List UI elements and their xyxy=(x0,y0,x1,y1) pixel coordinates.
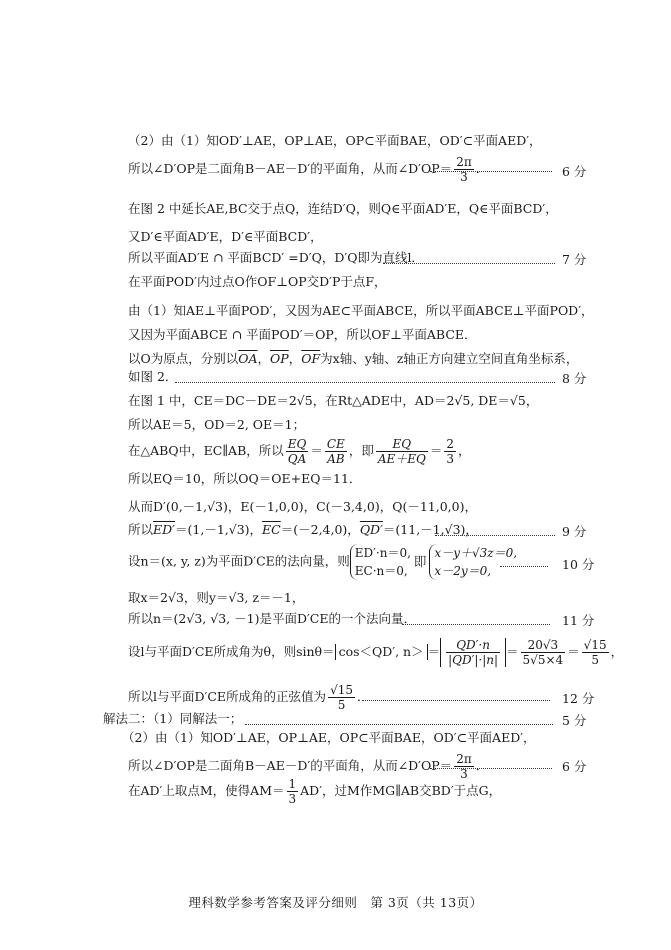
text: ， xyxy=(289,351,302,366)
numerator: 2 xyxy=(444,437,456,452)
text: ， xyxy=(258,351,271,366)
dot-leader xyxy=(245,723,553,725)
text-line-with-fractions: 在△ABQ中，EC∥AB，所以EQQA＝CEAB，即EQAE＋EQ＝23， xyxy=(128,437,471,466)
denominator: 5 xyxy=(582,653,609,667)
numerator: 2π xyxy=(454,155,474,170)
fraction: 23 xyxy=(444,437,456,466)
score-label: 12 分 xyxy=(562,689,594,707)
text: 为x轴、y轴、z轴正方向建立空间直角坐标系， xyxy=(320,351,578,366)
score-label: 7 分 xyxy=(562,250,586,268)
denominator: 3 xyxy=(444,452,456,466)
numerator: 20√3 xyxy=(521,638,566,653)
text-line-with-fraction: 在AD′上取点M，使得AM＝13AD′，过M作MG∥AB交BD′于点G， xyxy=(128,777,501,806)
score-label: 5 分 xyxy=(562,711,586,729)
fraction: √155 xyxy=(582,638,609,667)
text: 设n＝(x, y, z)为平面D′CE的法向量，则 xyxy=(128,554,350,569)
text: AD′，过M作MG∥AB交BD′于点G， xyxy=(300,783,501,798)
text: 设l与平面D′CE所成角为θ，则sinθ＝ xyxy=(128,644,335,659)
denominator: 5 xyxy=(328,698,355,712)
score-label: 9 分 xyxy=(562,522,586,540)
fraction: EQAE＋EQ xyxy=(376,437,428,466)
dot-leader xyxy=(435,534,555,536)
equals-sign: ＝ xyxy=(310,443,323,458)
vector-ED: ED′ xyxy=(153,522,175,537)
text-line: 所以n＝(2√3, √3, －1)是平面D′CE的一个法向量． xyxy=(128,611,416,627)
text-line: 取x＝2√3，则y＝√3, z＝－1， xyxy=(128,590,304,606)
vector-OP: OP xyxy=(270,351,289,366)
text: 在AD′上取点M，使得AM＝ xyxy=(128,783,285,798)
denominator: 3 xyxy=(287,792,299,806)
text-line-with-system: 设n＝(x, y, z)为平面D′CE的法向量，则ED′·n＝0,EC·n＝0,… xyxy=(128,544,517,580)
text-line: 又因为平面ABCE ∩ 平面POD′＝OP，所以OF⊥平面ABCE． xyxy=(128,327,477,343)
text-line: 由（1）知AE⊥平面POD′，又因为AE⊂平面ABCE，所以平面ABCE⊥平面P… xyxy=(128,303,594,319)
numerator: CE xyxy=(325,437,347,452)
dot-leader xyxy=(430,170,552,172)
equation: EC·n＝0, xyxy=(355,562,411,580)
absolute-value: cos＜QD′, n＞ xyxy=(335,644,428,660)
equals-sign: ＝ xyxy=(430,443,443,458)
text: 所以∠D′OP是二面角B－AE－D′的平面角，从而∠D′OP＝ xyxy=(128,758,452,773)
denominator: |QD′|·|n| xyxy=(446,653,500,667)
text-line-with-vectors: 所以ED′＝(1,－1,√3)，EC＝(－2,4,0)，QD′＝(11,－1,√… xyxy=(128,522,478,538)
score-label: 8 分 xyxy=(562,369,586,387)
numerator: EQ xyxy=(376,437,428,452)
dot-leader xyxy=(175,381,555,383)
text: 以O为原点，分别以 xyxy=(128,351,238,366)
text-line: 在平面POD′内过点O作OF⊥OP交D′P于点F， xyxy=(128,274,387,290)
text: ， xyxy=(458,443,471,458)
score-label: 6 分 xyxy=(562,162,586,180)
page-footer: 理科数学参考答案及评分细则 第 3页（共 13页） xyxy=(0,893,671,911)
score-label: 11 分 xyxy=(562,611,594,629)
numerator: √15 xyxy=(328,683,355,698)
numerator: EQ xyxy=(286,437,309,452)
text: ． xyxy=(357,689,370,704)
dot-leader xyxy=(402,623,550,625)
text-line: 解法二：（1）同解法一； xyxy=(103,711,242,727)
equals-sign: ＝ xyxy=(567,644,580,659)
text-line: 又D′∈平面AD′E，D′∈平面BCD′， xyxy=(128,229,323,245)
fraction: √155 xyxy=(328,683,355,712)
text: ． xyxy=(476,758,489,773)
dot-leader xyxy=(430,767,552,769)
text-line: 在图 1 中，CE＝DC－DE＝2√5，在Rt△ADE中，AD＝2√5, DE＝… xyxy=(128,393,538,409)
numerator: 1 xyxy=(287,777,299,792)
text-line: （2）由（1）知OD′⊥AE，OP⊥AE，OP⊂平面BAE，OD′⊂平面AED′… xyxy=(128,133,542,149)
text: 所以l与平面D′CE所成角的正弦值为 xyxy=(128,689,326,704)
denominator: 3 xyxy=(454,170,474,184)
equation: x－y＋√3z＝0, xyxy=(434,544,517,562)
text: ， xyxy=(611,644,624,659)
fraction: 13 xyxy=(287,777,299,806)
dot-leader xyxy=(362,699,550,701)
fraction: CEAB xyxy=(325,437,347,466)
absolute-value: QD′·n|QD′|·|n| xyxy=(440,638,506,667)
text-line-with-vectors: 以O为原点，分别以OA，OP，OF为x轴、y轴、z轴正方向建立空间直角坐标系， xyxy=(128,351,578,367)
denominator: 5√5×4 xyxy=(521,653,566,667)
text-line: 所以平面AD′E ∩ 平面BCD′ =D′Q，D′Q即为直线l． xyxy=(128,250,424,266)
dot-leader xyxy=(500,565,548,567)
text-line: 在图 2 中延长AE,BC交于点Q，连结D′Q，则Q∈平面AD′E，Q∈平面BC… xyxy=(128,201,558,217)
text-line-with-fractions: 设l与平面D′CE所成角为θ，则sinθ＝cos＜QD′, n＞＝QD′·n|Q… xyxy=(128,638,623,667)
text: 在△ABQ中，EC∥AB，所以 xyxy=(128,443,284,458)
text: 即 xyxy=(414,554,427,569)
text: ＝(－2,4,0)， xyxy=(281,522,360,537)
equation: ED′·n＝0, xyxy=(355,544,411,562)
fraction: QD′·n|QD′|·|n| xyxy=(446,638,500,667)
denominator: QA xyxy=(286,452,309,466)
denominator: AB xyxy=(325,452,347,466)
text-line: （2）由（1）知OD′⊥AE，OP⊥AE，OP⊂平面BAE，OD′⊂平面AED′… xyxy=(122,730,536,746)
denominator: AE＋EQ xyxy=(376,452,428,466)
numerator: √15 xyxy=(582,638,609,653)
equals-sign: ＝ xyxy=(428,644,441,659)
dot-leader xyxy=(383,262,555,264)
score-label: 6 分 xyxy=(562,757,586,775)
numerator: QD′·n xyxy=(446,638,500,653)
vector-OA: OA xyxy=(238,351,257,366)
text-line-with-fraction: 所以l与平面D′CE所成角的正弦值为√155． xyxy=(128,683,370,712)
equals-sign: ＝ xyxy=(506,644,519,659)
text-line: 所以EQ＝10，所以OQ＝OE+EQ＝11． xyxy=(128,471,361,487)
text: ． xyxy=(476,161,489,176)
fraction: 20√35√5×4 xyxy=(521,638,566,667)
vector-QD: QD′ xyxy=(360,522,383,537)
text: 所以 xyxy=(128,522,153,537)
vector-OF: OF xyxy=(301,351,320,366)
text-line: 从而D′(0,－1,√3)，E(－1,0,0)，C(－3,4,0)，Q(－11,… xyxy=(128,499,477,515)
score-label: 10 分 xyxy=(562,555,594,573)
text-line: 如图 2． xyxy=(128,369,177,385)
vector-EC: EC xyxy=(262,522,281,537)
text: ，即 xyxy=(349,443,374,458)
text: 所以∠D′OP是二面角B－AE－D′的平面角，从而∠D′OP＝ xyxy=(128,161,452,176)
equation-system: ED′·n＝0,EC·n＝0, xyxy=(350,544,411,580)
numerator: 2π xyxy=(454,752,474,767)
text-line: 所以AE＝5，OD＝2, OE＝1； xyxy=(128,417,305,433)
equation-system: x－y＋√3z＝0,x－2y＝0, xyxy=(429,544,517,580)
text: ＝(1,－1,√3)， xyxy=(175,522,262,537)
fraction: EQQA xyxy=(286,437,309,466)
